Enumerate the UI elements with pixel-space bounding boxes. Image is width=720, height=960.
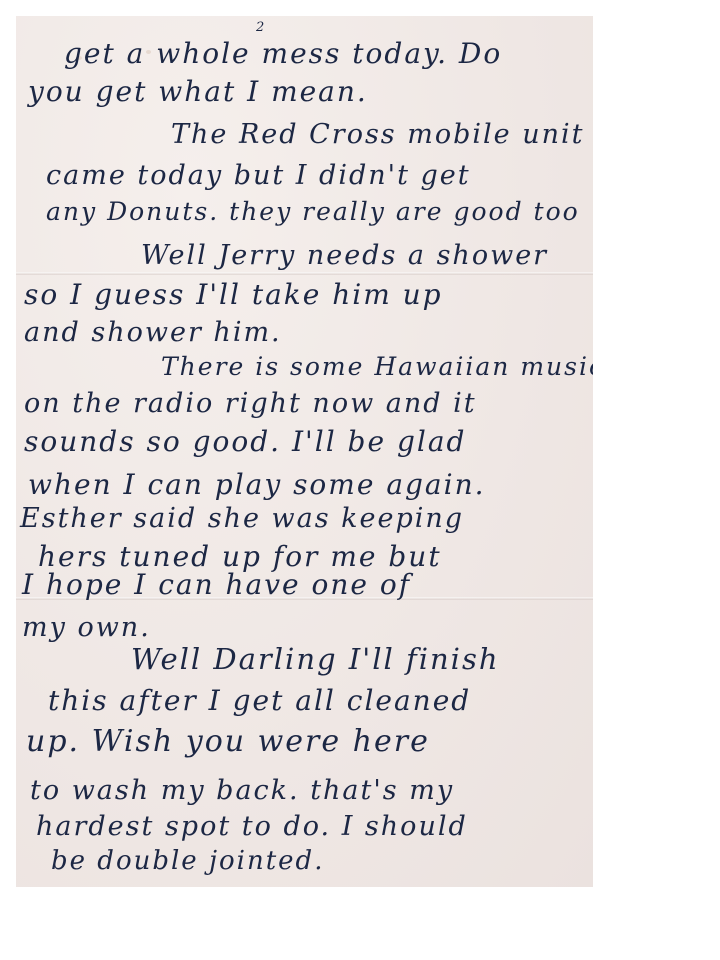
handwritten-line: up. Wish you were here: [26, 727, 430, 757]
handwritten-line: so I guess I'll take him up: [24, 281, 443, 309]
handwritten-line: this after I get all cleaned: [48, 687, 471, 715]
handwritten-line: any Donuts. they really are good too: [46, 199, 580, 224]
fold-line: [16, 272, 593, 275]
handwritten-line: on the radio right now and it: [24, 390, 477, 417]
handwritten-line: I hope I can have one of: [22, 571, 411, 599]
handwritten-line: and shower him.: [24, 319, 282, 346]
page-number: 2: [256, 20, 264, 35]
handwritten-line: when I can play some again.: [28, 471, 486, 499]
handwritten-line: Well Jerry needs a shower: [141, 242, 548, 269]
handwritten-line: Esther said she was keeping: [20, 505, 464, 532]
handwritten-line: There is some Hawaiian music: [161, 354, 593, 379]
handwritten-line: my own.: [22, 614, 151, 641]
handwritten-line: hers tuned up for me but: [38, 543, 442, 571]
handwritten-line: The Red Cross mobile unit: [171, 121, 585, 148]
handwritten-line: sounds so good. I'll be glad: [24, 428, 466, 456]
handwritten-line: be double jointed.: [51, 848, 324, 874]
letter-page: 2 get a whole mess today. Doyou get what…: [16, 16, 593, 887]
handwritten-line: came today but I didn't get: [46, 162, 471, 189]
handwritten-line: you get what I mean.: [28, 78, 368, 106]
handwritten-line: hardest spot to do. I should: [36, 813, 468, 840]
handwritten-line: Well Darling I'll finish: [131, 645, 500, 674]
handwritten-line: get a whole mess today. Do: [64, 40, 502, 68]
handwritten-line: to wash my back. that's my: [30, 777, 454, 804]
